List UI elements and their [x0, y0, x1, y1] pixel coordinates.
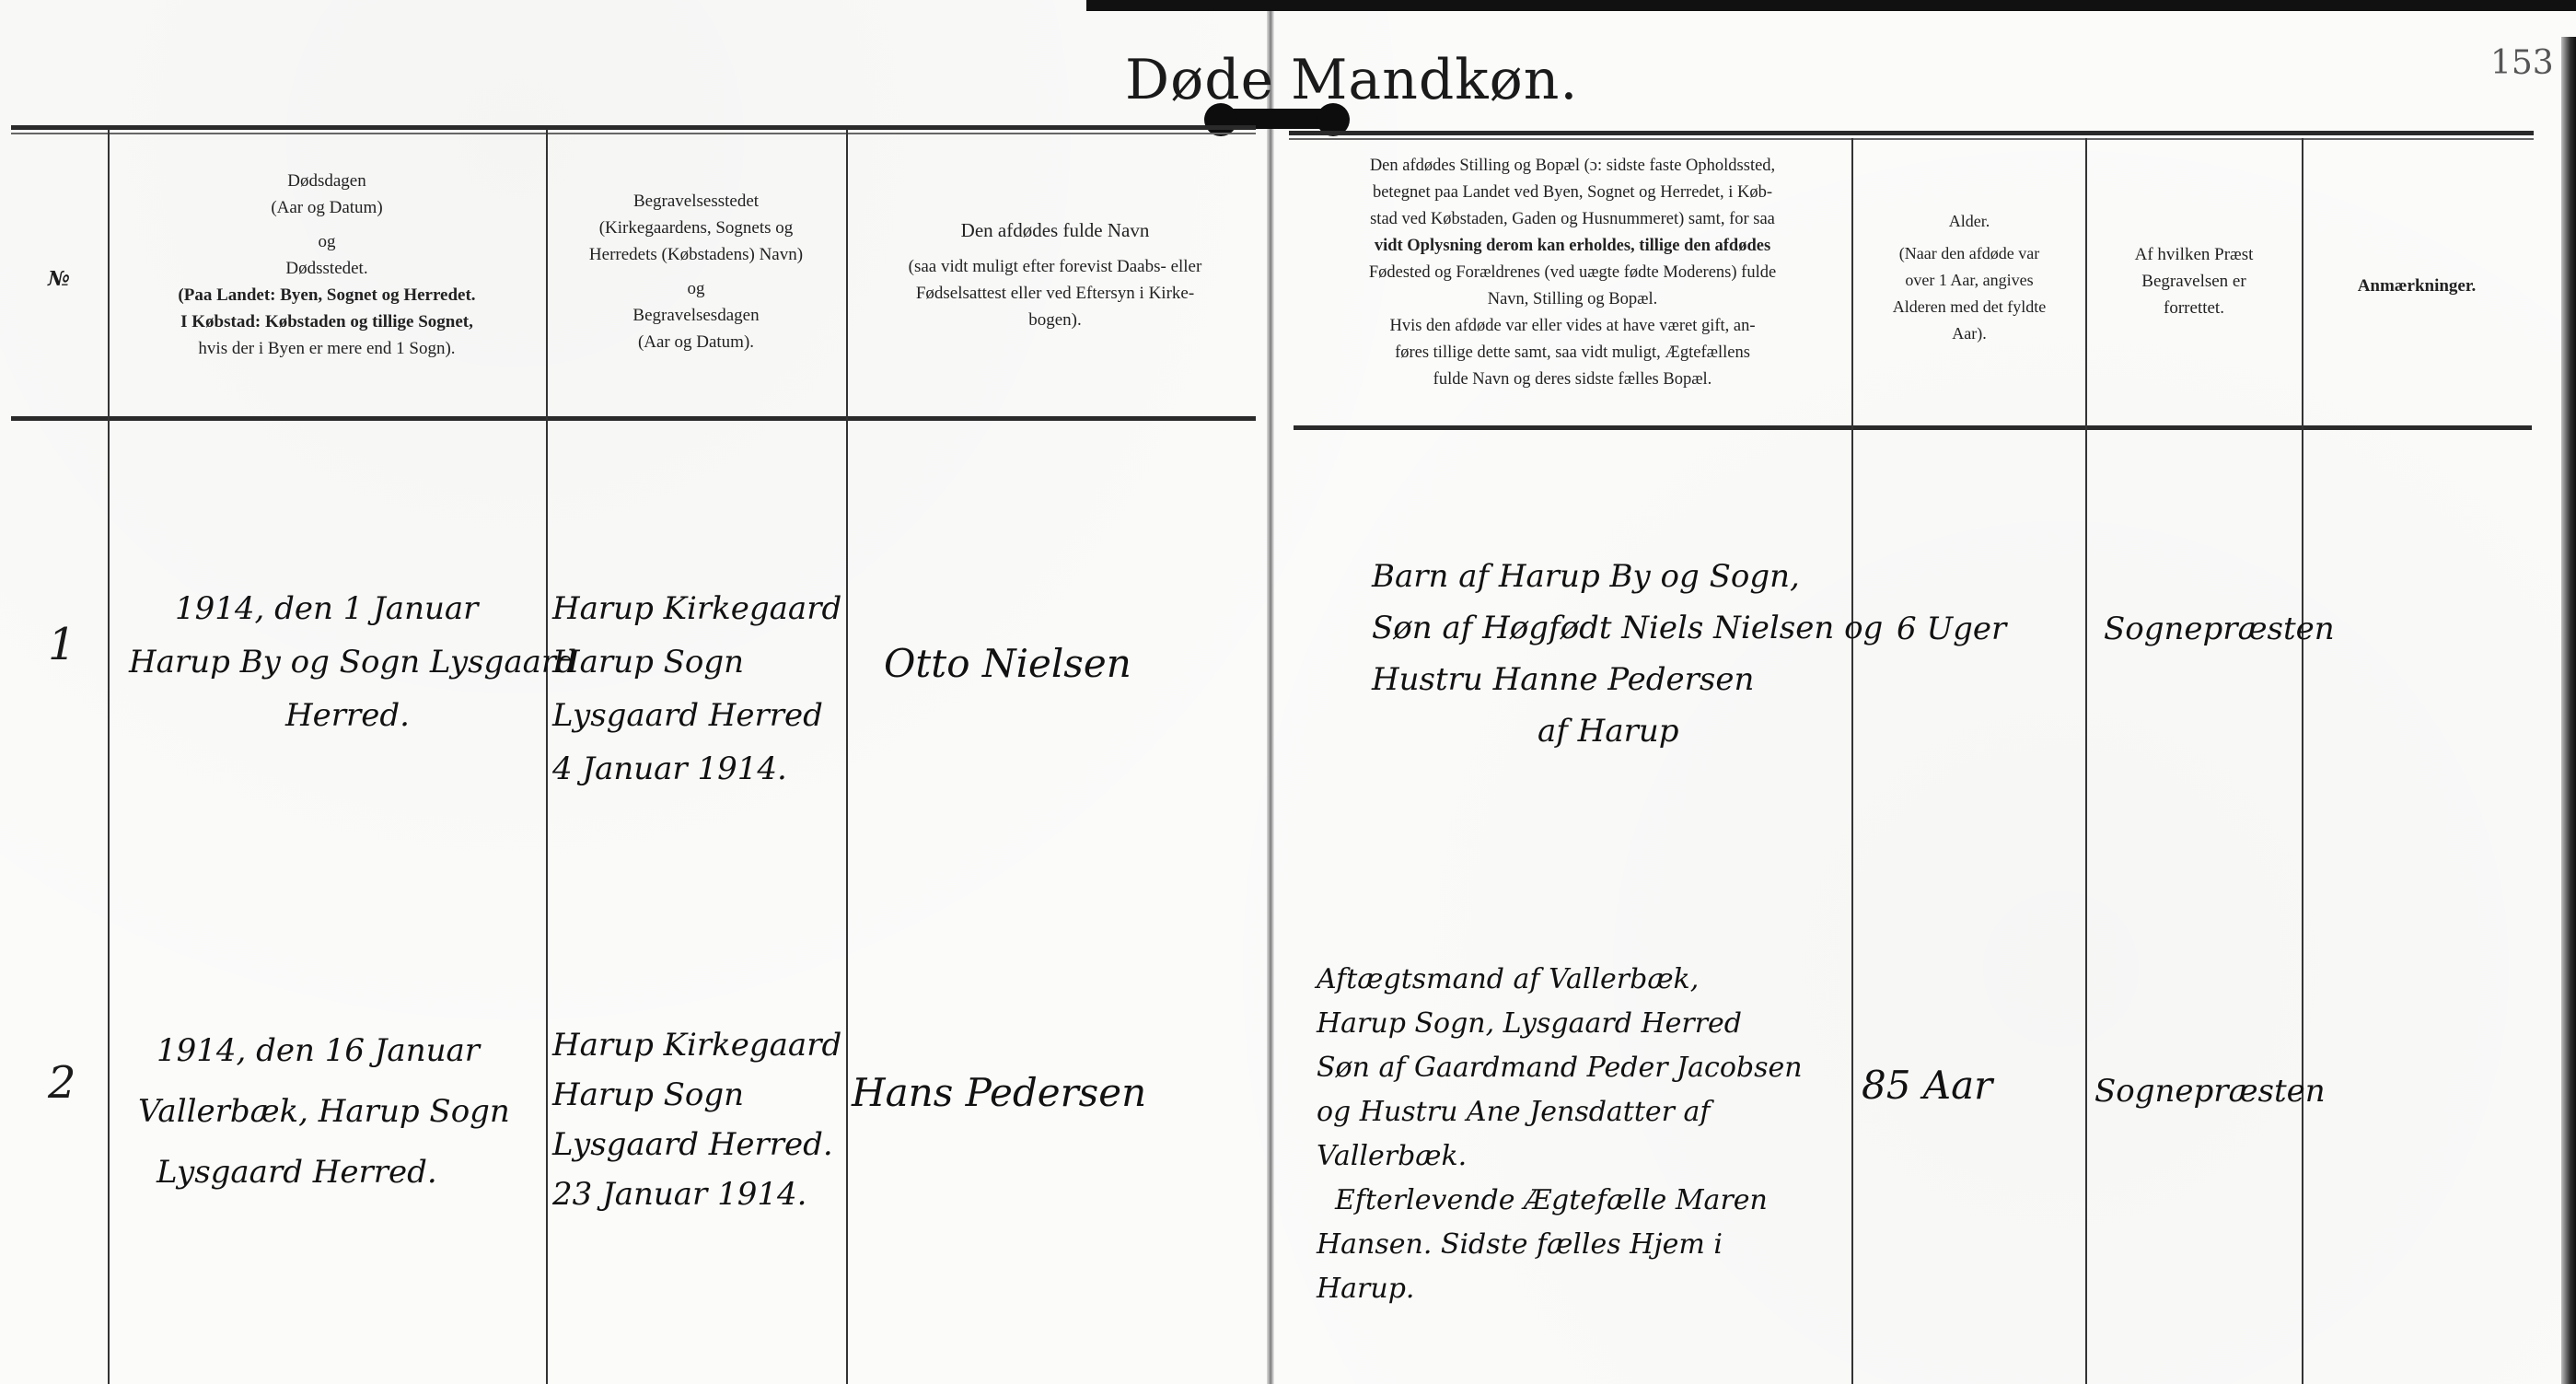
- header-line: fulde Navn og deres sidste fælles Bopæl.: [1300, 366, 1845, 393]
- handwritten-line: Harup By og Sogn Lysgaard: [129, 635, 576, 689]
- handwritten-line: Harup Sogn: [552, 1070, 841, 1120]
- header-line: Den afdødes Stilling og Bopæl (ɔ: sidste…: [1300, 153, 1845, 180]
- header-line: bogen).: [853, 307, 1258, 333]
- header-line: Begravelsesstedet: [552, 188, 840, 215]
- handwritten-line: Lysgaard Herred.: [138, 1142, 510, 1203]
- header-line: Begravelsen er: [2090, 268, 2298, 295]
- page-title-left: Døde: [1125, 48, 1274, 112]
- entry-death: 1914, den 1 Januar Harup By og Sogn Lysg…: [129, 582, 576, 742]
- handwritten-line: af Harup: [1372, 705, 1883, 757]
- header-line: Navn, Stilling og Bopæl.: [1300, 286, 1845, 313]
- entry-number: 2: [48, 1057, 76, 1109]
- header-line: I Købstad: Købstaden og tillige Sognet,: [115, 308, 539, 335]
- header-line: Fødested og Forældrenes (ved uægte fødte…: [1300, 260, 1845, 286]
- handwritten-line: Søn af Høgfødt Niels Nielsen og: [1372, 602, 1883, 654]
- column-divider: [2085, 138, 2087, 1384]
- page-title-right: Mandkøn.: [1291, 48, 1578, 112]
- header-line: over 1 Aar, angives: [1856, 267, 2083, 294]
- handwritten-line: 23 Januar 1914.: [552, 1169, 841, 1219]
- entry-priest: Sognepræsten: [2104, 602, 2335, 656]
- handwritten-line: Harup.: [1317, 1267, 1803, 1311]
- header-line: og: [552, 275, 840, 302]
- header-top-rule-right: [1289, 131, 2534, 135]
- handwritten-line: Harup Sogn: [552, 635, 841, 689]
- entry-occupation: Barn af Harup By og Sogn, Søn af Høgfødt…: [1372, 551, 1883, 757]
- header-line: Hvis den afdøde var eller vides at have …: [1300, 313, 1845, 340]
- header-line: (Naar den afdøde var: [1856, 240, 2083, 267]
- handwritten-line: Hansen. Sidste fælles Hjem i: [1317, 1223, 1803, 1267]
- header-line: (Aar og Datum).: [552, 329, 840, 355]
- header-death: Dødsdagen (Aar og Datum) og Dødsstedet. …: [115, 168, 539, 362]
- entry-number: 1: [48, 619, 76, 670]
- header-line: forrettet.: [2090, 295, 2298, 321]
- handwritten-line: Hustru Hanne Pedersen: [1372, 654, 1883, 705]
- entry-occupation: Aftægtsmand af Vallerbæk, Harup Sogn, Ly…: [1317, 958, 1803, 1311]
- header-line: betegnet paa Landet ved Byen, Sognet og …: [1300, 180, 1845, 206]
- handwritten-line: Vallerbæk.: [1317, 1134, 1803, 1179]
- header-line: Herredets (Købstadens) Navn): [552, 241, 840, 268]
- column-divider: [546, 129, 548, 1384]
- header-line: Dødsstedet.: [115, 255, 539, 282]
- header-line: føres tillige dette samt, saa vidt mulig…: [1300, 340, 1845, 366]
- entry-priest: Sognepræsten: [2094, 1064, 2326, 1118]
- handwritten-line: Harup Sogn, Lysgaard Herred: [1317, 1002, 1803, 1046]
- handwritten-line: Herred.: [129, 689, 576, 742]
- header-name: Den afdødes fulde Navn (saa vidt muligt …: [853, 217, 1258, 333]
- column-divider: [2302, 138, 2303, 1384]
- column-divider: [108, 129, 110, 1384]
- header-line: Aar).: [1856, 320, 2083, 347]
- column-divider: [1851, 138, 1853, 1384]
- entry-name: Otto Nielsen: [884, 637, 1131, 691]
- entry-name: Hans Pedersen: [852, 1066, 1146, 1120]
- header-line: Anmærkninger.: [2306, 273, 2527, 299]
- handwritten-line: Lysgaard Herred.: [552, 1120, 841, 1169]
- header-bottom-rule-right: [1294, 425, 2532, 430]
- header-burial: Begravelsesstedet (Kirkegaardens, Sognet…: [552, 188, 840, 355]
- header-line: (Paa Landet: Byen, Sognet og Herredet.: [115, 282, 539, 308]
- header-age: Alder. (Naar den afdøde var over 1 Aar, …: [1856, 208, 2083, 347]
- entry-burial: Harup Kirkegaard Harup Sogn Lysgaard Her…: [552, 1020, 841, 1219]
- handwritten-line: Barn af Harup By og Sogn,: [1372, 551, 1883, 602]
- handwritten-line: Vallerbæk, Harup Sogn: [138, 1081, 510, 1142]
- header-line: Fødselsattest eller ved Eftersyn i Kirke…: [853, 280, 1258, 307]
- header-bottom-rule-left: [11, 416, 1256, 421]
- scanner-edge-top: [1086, 0, 2576, 11]
- handwritten-line: 4 Januar 1914.: [552, 742, 841, 796]
- page-number: 153: [2490, 44, 2554, 82]
- handwritten-line: 1914, den 16 Januar: [138, 1020, 510, 1081]
- header-line: Alderen med det fyldte: [1856, 294, 2083, 320]
- page-edge-right: [2561, 37, 2576, 1384]
- entry-burial: Harup Kirkegaard Harup Sogn Lysgaard Her…: [552, 582, 841, 796]
- header-priest: Af hvilken Præst Begravelsen er forrette…: [2090, 241, 2298, 321]
- handwritten-line: Harup Kirkegaard: [552, 1020, 841, 1070]
- entry-age: 6 Uger: [1897, 602, 2006, 656]
- handwritten-line: Harup Kirkegaard: [552, 582, 841, 635]
- entry-age: 85 Aar: [1862, 1059, 1992, 1112]
- header-line: Dødsdagen: [115, 168, 539, 194]
- header-number: №: [48, 267, 70, 291]
- handwritten-line: Søn af Gaardmand Peder Jacobsen: [1317, 1046, 1803, 1090]
- header-line: Af hvilken Præst: [2090, 241, 2298, 268]
- header-line: vidt Oplysning derom kan erholdes, tilli…: [1300, 233, 1845, 260]
- header-line: Begravelsesdagen: [552, 302, 840, 329]
- book-gutter: [1267, 11, 1274, 1384]
- handwritten-line: Efterlevende Ægtefælle Maren: [1317, 1179, 1803, 1223]
- header-top-rule-left-thin: [11, 133, 1256, 134]
- header-line: Alder.: [1856, 208, 2083, 235]
- header-line: (saa vidt muligt efter forevist Daabs- e…: [853, 253, 1258, 280]
- header-top-rule-right-thin: [1289, 138, 2534, 140]
- header-line: Den afdødes fulde Navn: [853, 217, 1258, 244]
- header-line: stad ved Købstaden, Gaden og Husnummeret…: [1300, 206, 1845, 233]
- entry-death: 1914, den 16 Januar Vallerbæk, Harup Sog…: [138, 1020, 510, 1203]
- handwritten-line: 1914, den 1 Januar: [129, 582, 576, 635]
- handwritten-line: Lysgaard Herred: [552, 689, 841, 742]
- header-line: (Kirkegaardens, Sognets og: [552, 215, 840, 241]
- header-occupation: Den afdødes Stilling og Bopæl (ɔ: sidste…: [1300, 153, 1845, 393]
- header-line: (Aar og Datum): [115, 194, 539, 221]
- header-line: hvis der i Byen er mere end 1 Sogn).: [115, 335, 539, 362]
- column-divider: [846, 129, 848, 1384]
- header-top-rule-left: [11, 125, 1256, 130]
- header-remarks: Anmærkninger.: [2306, 273, 2527, 299]
- header-line: og: [115, 228, 539, 255]
- handwritten-line: og Hustru Ane Jensdatter af: [1317, 1090, 1803, 1134]
- handwritten-line: Aftægtsmand af Vallerbæk,: [1317, 958, 1803, 1002]
